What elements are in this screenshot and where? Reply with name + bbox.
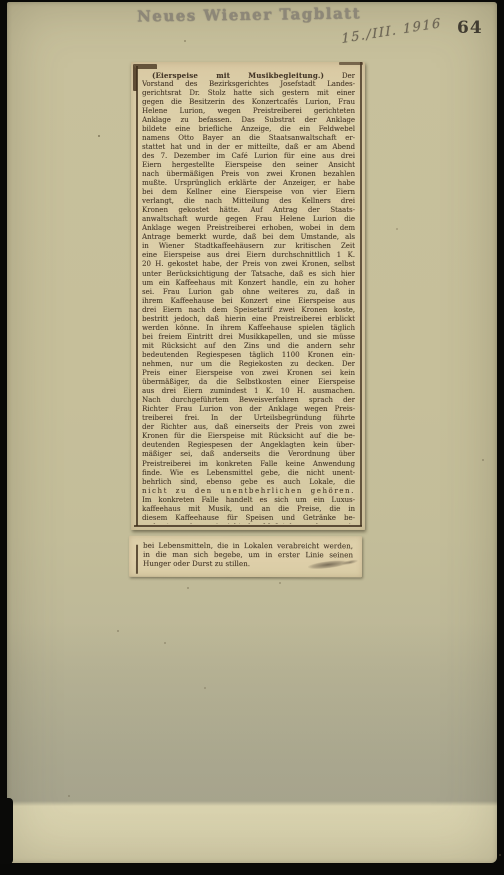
article-text-line: treiberei frei. In der Urteilsbegründung… (142, 414, 355, 423)
paper-specks (98, 135, 100, 137)
clipping-edge-shadow (339, 62, 363, 65)
article-text-line: mäßiger sei, daß anderseits die Verordnu… (142, 450, 355, 459)
article-text-line: Kronen gekostet hätte. Auf Antrag der St… (142, 206, 355, 215)
article-text-line: gegen die Besitzerin des Konzertcafés Lu… (142, 98, 355, 107)
article-text-line: der Richter aus, daß einerseits der Prei… (142, 423, 355, 432)
scan-edge-left (0, 798, 13, 864)
article-text-line: mit Rücksicht auf den Zins und die ander… (142, 342, 355, 351)
article-text-line: nach übermäßigen Preis von zwei Kronen b… (142, 170, 355, 179)
article-text-line: diesem Kaffeehause für Speisen und Geträ… (142, 514, 355, 523)
newspaper-clipping-strip: bei Lebensmitteln, die in Lokalen verabr… (129, 536, 362, 578)
article-text-line: gerichtsrat Dr. Stolz hatte sich gestern… (142, 89, 355, 98)
article-text-line: Richter Frau Lurion von der Anklage wege… (142, 405, 355, 414)
article-text-line: bei dem Kellner eine Eierspeise von vier… (142, 188, 355, 197)
article-text-line: namens Otto Bayer an die Staatsanwaltsch… (142, 134, 355, 143)
article-text-line: um ein Kaffeehaus mit Konzert handle, ei… (142, 279, 355, 288)
article-text-line: Preistreiberei im konkreten Falle keine … (142, 460, 355, 469)
article-text-line: 20 H. gekostet habe, der Preis von zwei … (142, 260, 355, 269)
article-text-line: Nach durchgeführtem Beweisverfahren spra… (142, 396, 355, 405)
newspaper-clipping-main: (Eierspeise mit Musikbegleitung.) Der Vo… (131, 62, 365, 530)
article-text-line: Im konkreten Falle handelt es sich um ei… (142, 496, 355, 505)
article-text-line: finde. Wie es Lebensmittel gebe, die nic… (142, 469, 355, 478)
article-text-line: ihrem Kaffeehause bei Konzert eine Eiers… (142, 297, 355, 306)
article-text-line: Anklage zu befassen. Das Substrat der An… (142, 116, 355, 125)
article-first-line-rest: Der (342, 72, 355, 80)
article-text-line: verlangt, die nach Mitteilung des Kellne… (142, 197, 355, 206)
column-rule-right (360, 62, 362, 526)
article-text-line: unter Berücksichtigung der Tatsache, daß… (142, 270, 355, 279)
article-text-line: aus drei Eiern zumindest 1 K. 10 H. ausm… (142, 387, 355, 396)
article-text-line: nicht zu den unentbehrlichen gehören. (142, 487, 355, 496)
article-text-line: bestritt jedoch, daß hierin eine Preistr… (142, 315, 355, 324)
column-rule-bottom (134, 525, 362, 527)
article-text-line: Anklage wegen Preistreiberei erhoben, wo… (142, 224, 355, 233)
article-text-line: bildete eine briefliche Anzeige, die ein… (142, 125, 355, 134)
article-text-line: stattet hat und in der er mitteilte, daß… (142, 143, 355, 152)
article-headline: (Eierspeise mit Musikbegleitung.) (152, 71, 324, 80)
article-text-line: nehmen, nur um die Regiekosten zu decken… (142, 360, 355, 369)
newspaper-name-stamp: Neues Wiener Tagblatt (137, 5, 332, 26)
article-text-line: Preis einer Eierspeise von zwei Kronen s… (142, 369, 355, 378)
article-text-line: kaffeehaus mit Musik, und an die Preise,… (142, 505, 355, 514)
article-text-line: werden könne. In ihrem Kaffeehause spiel… (142, 324, 355, 333)
strip-text-line: bei Lebensmitteln, die in Lokalen verabr… (143, 540, 353, 550)
article-text: (Eierspeise mit Musikbegleitung.) Der Vo… (142, 71, 355, 525)
article-text-line: Helene Lurion, wegen Preistreiberei geri… (142, 107, 355, 116)
article-text-line: mußte. Ursprünglich erklärte der Anzeige… (142, 179, 355, 188)
article-text-line: Vorstand des Bezirksgerichtes Josefstadt… (142, 80, 355, 89)
article-text-line: Antrage bemerkt wurde, daß bei dem Umsta… (142, 233, 355, 242)
article-text-line: bei freiem Eintritt drei Musikkapellen, … (142, 333, 355, 342)
article-first-line: (Eierspeise mit Musikbegleitung.) Der (142, 71, 355, 80)
strip-text-line: in die man sich begebe, um in erster Lin… (143, 549, 353, 559)
article-text-line: in Wiener Stadtkaffeehäusern zur kritisc… (142, 242, 355, 251)
album-page: Neues Wiener Tagblatt 15./III. 1916 64 (… (7, 2, 497, 863)
column-rule-left (136, 66, 138, 526)
article-text-line: rechnet werden, sei nicht der Maßstab an… (142, 523, 355, 524)
article-text-line: behrlich sind, ebenso gebe es auch Lokal… (142, 478, 355, 487)
article-text-line: Eiern hergestellte Eierspeise den seiner… (142, 161, 355, 170)
strip-column-rule-left (136, 545, 138, 574)
article-text-line: übermäßiger, da die Selbstkosten einer E… (142, 378, 355, 387)
article-text-line: Kronen für die Eierspeise mit Rücksicht … (142, 432, 355, 441)
article-text-line: drei Eiern nach dem Speisetarif zwei Kro… (142, 306, 355, 315)
article-text-line: sei. Frau Lurion gab ohne weiteres zu, d… (142, 288, 355, 297)
scanned-archive-sheet: { "header": { "newspaper_stamp": "Neues … (0, 0, 504, 875)
article-text-line: eine Eierspeise aus drei Eiern durchschn… (142, 251, 355, 260)
strip-text: bei Lebensmitteln, die in Lokalen verabr… (143, 540, 353, 575)
article-text-line: deutenden Regiespesen der Angeklagten ke… (142, 441, 355, 450)
article-text-line: bedeutenden Regiespesen täglich 1100 Kro… (142, 351, 355, 360)
article-text-line: des 7. Dezember im Café Lurion für eine … (142, 152, 355, 161)
page-number: 64 (457, 18, 483, 38)
article-text-line: anwaltschaft wurde gegen Frau Helene Lur… (142, 215, 355, 224)
